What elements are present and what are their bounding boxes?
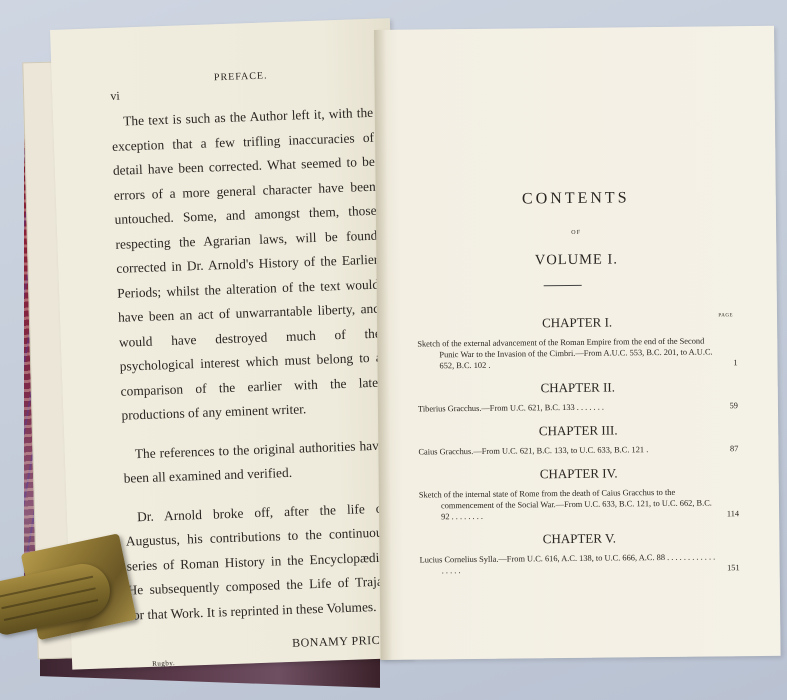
table-of-contents: PAGE CHAPTER I. Sketch of the external a… xyxy=(417,303,740,576)
toc-entry-text: Sketch of the external advancement of th… xyxy=(417,335,713,371)
toc-entry: Sketch of the internal state of Rome fro… xyxy=(419,486,739,522)
page-column-label: PAGE xyxy=(718,313,733,318)
divider-rule xyxy=(544,285,582,286)
toc-entry-text: Sketch of the internal state of Rome fro… xyxy=(419,486,715,522)
chapter-heading: CHAPTER V. xyxy=(419,529,739,548)
toc-entry-page: 59 xyxy=(730,400,738,411)
toc-entry-page: 114 xyxy=(727,508,739,519)
toc-entry-page: 151 xyxy=(727,562,740,573)
toc-entry-page: 87 xyxy=(730,443,738,454)
toc-entry-text: Caius Gracchus.—From U.C. 621, B.C. 133,… xyxy=(418,443,714,457)
contents-page: CONTENTS OF VOLUME I. PAGE CHAPTER I. Sk… xyxy=(374,26,781,660)
contents-title: CONTENTS xyxy=(376,188,776,210)
chapter-heading: CHAPTER II. xyxy=(418,378,738,397)
toc-entry-text: Tiberius Gracchus.—From U.C. 621, B.C. 1… xyxy=(418,400,714,414)
contents-of-label: OF xyxy=(376,228,776,238)
book-photo-scene: PREFACE. vi The text is such as the Auth… xyxy=(0,0,787,700)
toc-entry: Lucius Cornelius Sylla.—From U.C. 616, A… xyxy=(419,551,739,576)
toc-entry: Sketch of the external advancement of th… xyxy=(417,335,737,371)
toc-entry: Caius Gracchus.—From U.C. 621, B.C. 133,… xyxy=(418,443,738,457)
toc-entry-text: Lucius Cornelius Sylla.—From U.C. 616, A… xyxy=(419,551,715,576)
chapter-heading: CHAPTER IV. xyxy=(419,464,739,483)
chapter-heading: CHAPTER I. xyxy=(417,313,737,332)
volume-title: VOLUME I. xyxy=(376,250,776,271)
chapter-heading: CHAPTER III. xyxy=(418,421,738,440)
preface-paragraph-2: The references to the original authoriti… xyxy=(122,433,386,491)
preface-paragraph-1: The text is such as the Author left it, … xyxy=(111,101,384,428)
toc-entry-page: 1 xyxy=(733,357,737,368)
toc-entry: Tiberius Gracchus.—From U.C. 621, B.C. 1… xyxy=(418,400,738,414)
preface-paragraph-3: Dr. Arnold broke off, after the life of … xyxy=(125,496,391,628)
